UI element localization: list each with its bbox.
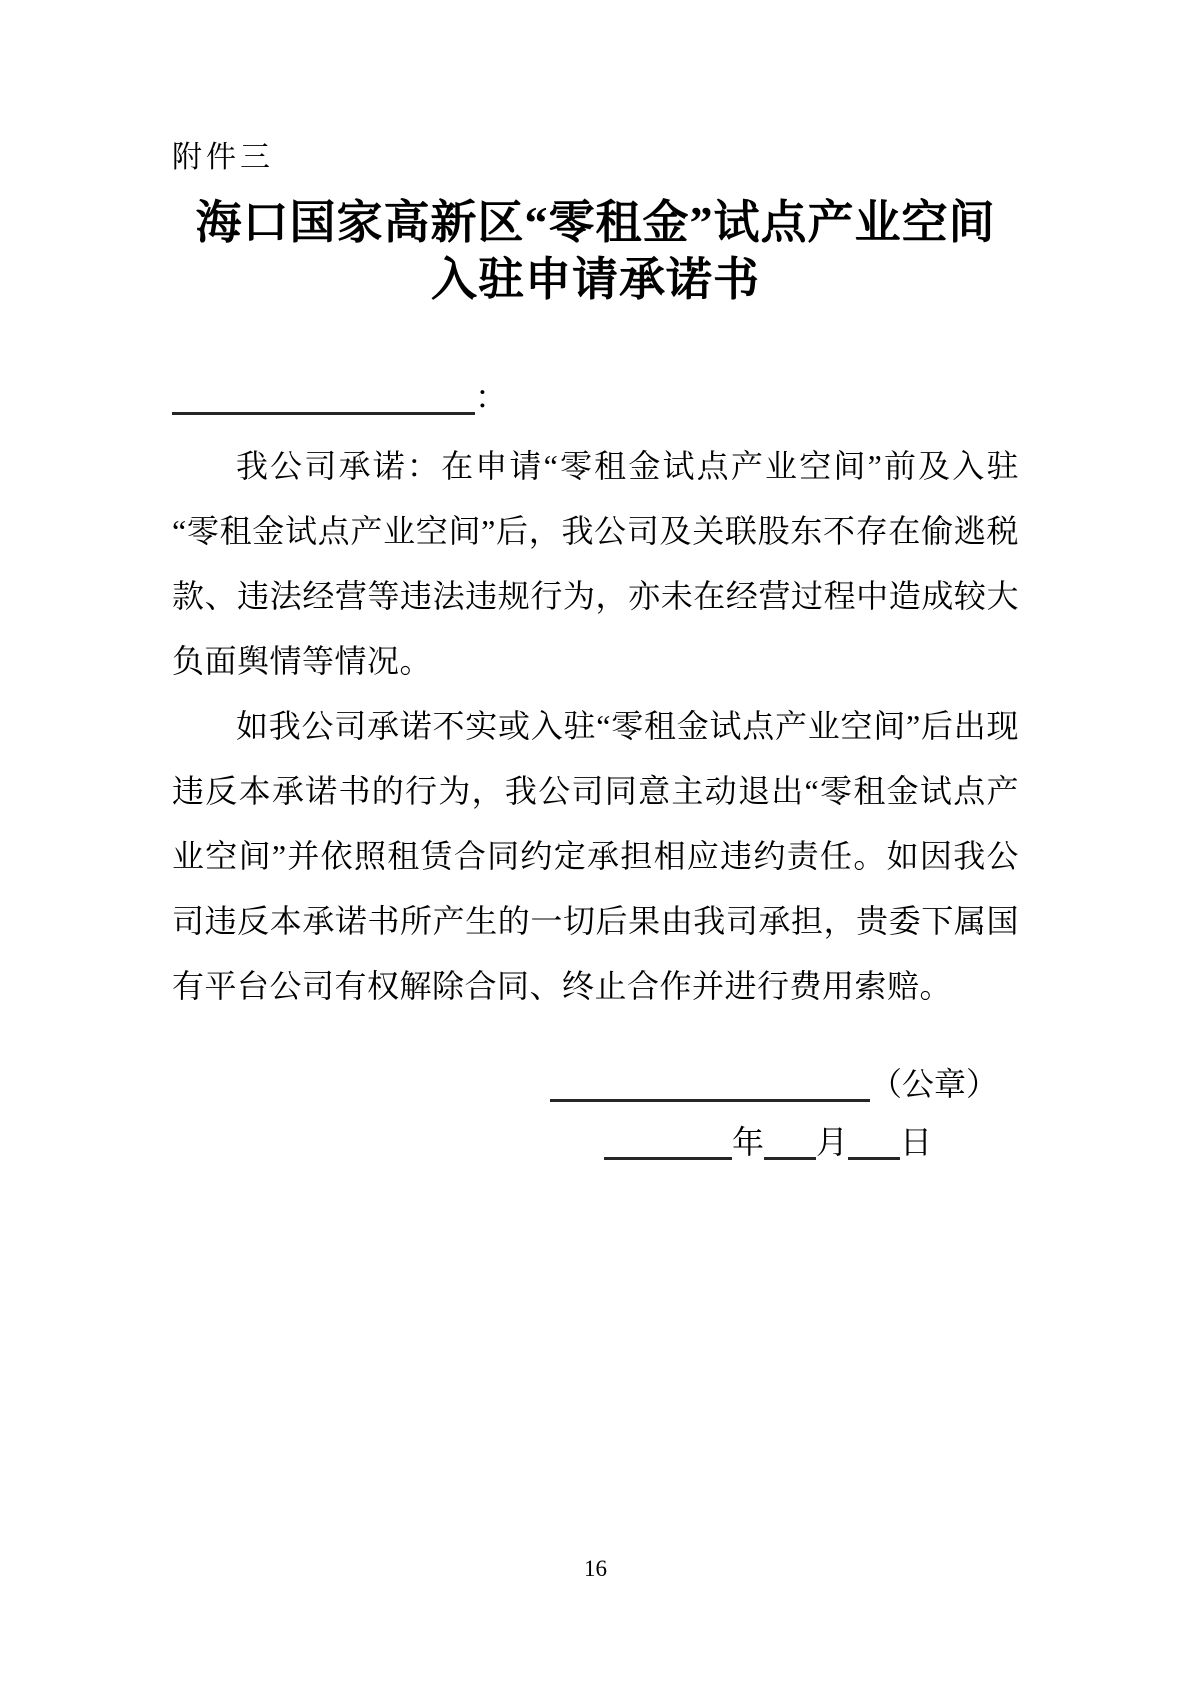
signature-date-line: 年月日 — [172, 1113, 1019, 1171]
title-line-2: 入驻申请承诺书 — [172, 251, 1019, 308]
signature-seal-line: （公章） — [172, 1055, 1019, 1113]
month-label: 月 — [816, 1124, 848, 1160]
company-name-blank-line — [550, 1067, 870, 1102]
document-title: 海口国家高新区“零租金”试点产业空间 入驻申请承诺书 — [172, 194, 1019, 308]
title-line-1: 海口国家高新区“零租金”试点产业空间 — [172, 194, 1019, 251]
addressee-blank-line — [172, 380, 475, 415]
attachment-label: 附件三 — [172, 138, 1019, 178]
month-blank-line — [764, 1125, 816, 1160]
paragraph-breach-consequences: 如我公司承诺不实或入驻“零租金试点产业空间”后出现违反本承诺书的行为，我公司同意… — [172, 694, 1019, 1019]
page-number: 16 — [0, 1556, 1191, 1582]
year-blank-line — [604, 1125, 732, 1160]
salutation-line: ： — [172, 374, 1019, 420]
salutation-colon: ： — [475, 379, 507, 415]
document-page: 附件三 海口国家高新区“零租金”试点产业空间 入驻申请承诺书 ： 我公司承诺：在… — [0, 0, 1191, 1684]
day-label: 日 — [900, 1124, 932, 1160]
day-blank-line — [848, 1125, 900, 1160]
year-label: 年 — [732, 1124, 764, 1160]
paragraph-commitment: 我公司承诺：在申请“零租金试点产业空间”前及入驻“零租金试点产业空间”后，我公司… — [172, 434, 1019, 694]
seal-label: （公章） — [870, 1066, 998, 1102]
